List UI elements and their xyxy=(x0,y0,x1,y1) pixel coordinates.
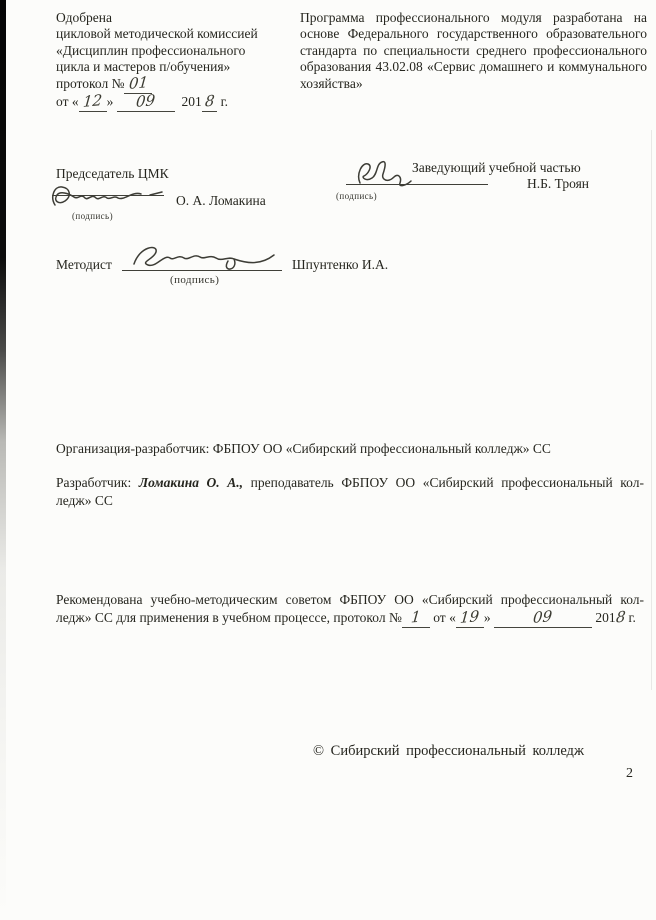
approval-line: «Дисциплин профессионального xyxy=(56,43,308,59)
recommendation-paragraph: Рекомендована учебно-методическим совето… xyxy=(56,591,644,628)
copyright-line: © Сибирский профессиональный колледж xyxy=(313,743,584,760)
scan-left-edge-artifact xyxy=(0,0,6,920)
recommendation-year-printed: 201 xyxy=(595,610,615,625)
recommendation-month-handwritten: 09 xyxy=(533,609,553,626)
date-day-handwritten: 12 xyxy=(82,93,102,110)
developer-rest: преподаватель ФБПОУ ОО «Сибирский профес… xyxy=(243,475,644,490)
approval-block: Одобрена цикловой методической комиссией… xyxy=(56,10,308,112)
chairman-signature-line xyxy=(52,195,164,196)
approval-line: цикла и мастеров п/обучения» xyxy=(56,59,308,75)
approval-line: Одобрена xyxy=(56,10,308,26)
developer-label: Разработчик: xyxy=(56,475,139,490)
date-month-handwritten: 09 xyxy=(136,93,156,110)
recommendation-day-blank: 19 xyxy=(456,609,484,629)
recommendation-from: от « xyxy=(433,610,456,625)
recommendation-close-quote: » xyxy=(484,610,491,625)
date-pre: от « xyxy=(56,94,79,109)
recommendation-protocol-handwritten: 1 xyxy=(410,609,421,625)
recommendation-suffix: г. xyxy=(629,610,636,625)
recommendation-line-1: Рекомендована учебно-методическим совето… xyxy=(56,591,644,609)
methodist-signature-line xyxy=(122,270,282,271)
approval-line: цикловой методической комиссией xyxy=(56,26,308,42)
developer-line-1: Разработчик: Ломакина О. А., преподавате… xyxy=(56,474,644,492)
developer-name: Ломакина О. А., xyxy=(139,475,243,490)
approval-date-line: от «12» 09 2018 г. xyxy=(56,94,308,112)
head-signature-line xyxy=(346,184,488,185)
developer-paragraph: Разработчик: Ломакина О. А., преподавате… xyxy=(56,474,644,509)
recommendation-month-blank: 09 xyxy=(494,609,592,629)
protocol-number-handwritten: 01 xyxy=(128,75,148,92)
date-year-blank: 8 xyxy=(202,94,218,112)
recommendation-line-2: ледж» СС для применения в учебном процес… xyxy=(56,609,644,629)
date-year-printed: 201 xyxy=(181,94,201,109)
date-close-quote: » xyxy=(107,94,114,109)
date-suffix: г. xyxy=(221,94,228,109)
recommendation-protocol-blank: 1 xyxy=(402,609,430,629)
chairman-signature xyxy=(48,183,166,211)
program-basis-paragraph: Программа профессионального модуля разра… xyxy=(300,10,647,92)
date-month-blank: 09 xyxy=(117,94,175,112)
chairman-signature-caption: (подпись) xyxy=(72,211,113,221)
developer-org-line: Организация-разработчик: ФБПОУ ОО «Сибир… xyxy=(56,441,646,457)
protocol-label: протокол № xyxy=(56,76,124,91)
head-signature-caption: (подпись) xyxy=(336,191,377,201)
developer-line-2: ледж» СС xyxy=(56,492,644,510)
head-title: Заведующий учебной частью xyxy=(412,160,581,176)
date-day-blank: 12 xyxy=(79,94,107,112)
page-number: 2 xyxy=(626,766,633,782)
recommendation-year-digit-handwritten: 8 xyxy=(615,609,626,625)
chairman-title: Председатель ЦМК xyxy=(56,166,169,182)
methodist-signature-caption: (подпись) xyxy=(170,274,219,286)
date-year-digit-handwritten: 8 xyxy=(204,94,215,110)
scanned-document-page: Одобрена цикловой методической комиссией… xyxy=(0,0,656,920)
recommendation-day-handwritten: 19 xyxy=(460,609,480,626)
scan-right-edge-artifact xyxy=(651,130,652,690)
methodist-title: Методист xyxy=(56,257,112,273)
methodist-name: Шпунтенко И.А. xyxy=(292,257,388,273)
chairman-name: О. А. Ломакина xyxy=(176,193,266,209)
head-name: Н.Б. Троян xyxy=(527,176,589,192)
recommendation-line2-text: ледж» СС для применения в учебном процес… xyxy=(56,610,402,625)
